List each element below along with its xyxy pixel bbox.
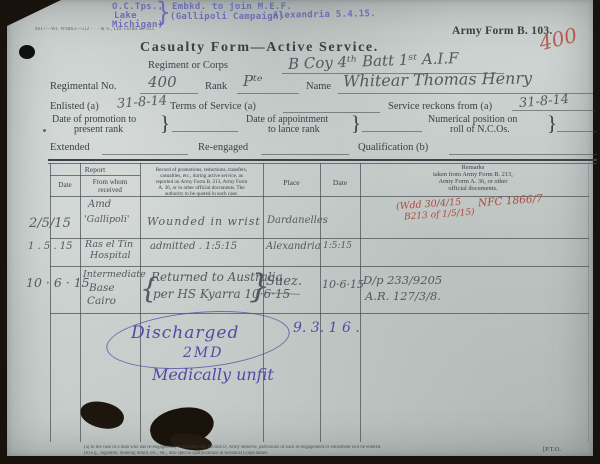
- double-rule-top: [48, 159, 597, 161]
- regimental-no-value: 400: [148, 73, 177, 91]
- row1-date: 2/5/15: [29, 216, 71, 231]
- discharge-reason: Medically unfit: [152, 365, 274, 384]
- discharge-unit: 2MD: [183, 345, 223, 361]
- header-date2: Date: [320, 178, 360, 187]
- header-from-whom-2: received: [80, 186, 140, 194]
- terms-label: Terms of Service (a): [170, 101, 256, 112]
- row1-from-line1: Amd: [88, 199, 111, 210]
- terms-underline: [283, 112, 380, 113]
- table-vline-date2: [360, 163, 361, 442]
- header-place: Place: [263, 178, 320, 187]
- row2-from-line2: Hospital: [90, 250, 131, 261]
- row1-place: Dardanelles: [267, 215, 328, 226]
- row3-date: 10 · 6 · 15: [26, 275, 90, 290]
- qualification-underline: [449, 154, 597, 155]
- regiment-label: Regiment or Corps: [148, 60, 228, 71]
- reengaged-label: Re-engaged: [198, 142, 248, 153]
- row3-remark-line2: A.R. 127/3/8.: [365, 289, 441, 303]
- row1-record: Wounded in wrist: [147, 215, 261, 228]
- report-subdivider: [50, 175, 140, 176]
- table-vline-left: [50, 163, 51, 442]
- promotion-label-2: present rank: [74, 124, 123, 135]
- row3-remark-line1: D/p 233/9205: [363, 273, 442, 287]
- discharge-word: Discharged: [131, 323, 239, 343]
- appointment-underline: [362, 131, 422, 132]
- stamp-gallipoli: (Gallipoli Campaign): [170, 12, 284, 22]
- header-record-line-5: authority to be quoted in each case.: [141, 191, 262, 197]
- table-row3-line: [50, 313, 589, 314]
- regimental-no-label: Regimental No.: [50, 81, 117, 92]
- printers-imprint: 8617—Wt. W4862—512 · · · & S., Ltd. Form…: [35, 27, 155, 32]
- name-value: Whitear Thomas Henry: [343, 68, 532, 90]
- header-report: Report: [50, 165, 140, 174]
- rank-value: Pᵗᵉ: [243, 72, 263, 90]
- row3-from-line3: Cairo: [87, 295, 116, 307]
- pto-label: [P.T.O.: [543, 446, 561, 453]
- row3-from-line2: Base: [89, 282, 115, 294]
- row2-record: admitted . 1:5:15: [150, 241, 237, 252]
- promotion-underline: [172, 131, 238, 132]
- header-remarks-line-3: Army Form A. 36, or other: [360, 178, 586, 185]
- enlisted-label: Enlisted (a): [50, 101, 99, 112]
- row2-from-line1: Ras el Tin: [85, 239, 133, 250]
- stamp-alexandria: Alexandria 5.4.15.: [273, 9, 376, 21]
- header-remarks-line-4: official documents.: [360, 185, 586, 192]
- header-date: Date: [50, 181, 80, 189]
- row2-date2: 1:5:15: [323, 241, 352, 251]
- hole-punch: [19, 45, 35, 59]
- table-vline-right: [588, 163, 589, 442]
- discharge-date: 9. 3. 1 6 .: [293, 320, 360, 336]
- service-reckons-label: Service reckons from (a): [388, 101, 492, 112]
- footnote-a: (a) In the case of a man who has re-enga…: [84, 445, 381, 450]
- ink-dot: [43, 129, 46, 132]
- numerical-brace: }: [547, 111, 557, 136]
- appointment-brace: }: [351, 111, 361, 136]
- appointment-label-2: to lance rank: [268, 124, 320, 135]
- footnote-b: (b) e.g., Signaller, Shoeing Smith, etc.…: [84, 451, 268, 456]
- header-remarks-line-2: taken from Army Form B. 213,: [360, 171, 586, 178]
- rank-underline: [237, 93, 299, 94]
- numerical-label-2: roll of N.C.Os.: [450, 124, 510, 135]
- table-vline-date: [80, 163, 81, 442]
- rank-label: Rank: [205, 81, 227, 92]
- stamp-brace: }: [156, 0, 171, 27]
- name-label: Name: [306, 81, 331, 92]
- header-remarks-line-1: Remarks: [360, 164, 586, 171]
- reengaged-underline: [261, 154, 349, 155]
- row1-from-line2: 'Gallipoli': [84, 214, 129, 225]
- promotion-brace: }: [160, 111, 170, 136]
- row2-place: Alexandria: [266, 241, 321, 252]
- row2-date: 1 . 5 . 15: [28, 241, 73, 252]
- table-row2-line: [50, 266, 589, 267]
- row3-from-line1: Intermediate: [83, 269, 146, 280]
- qualification-label: Qualification (b): [358, 142, 428, 153]
- extended-underline: [102, 154, 188, 155]
- row3-place: Suez.: [266, 274, 302, 289]
- header-from-whom-1: From whom: [80, 178, 140, 186]
- scanned-document-photo: O.C.Tps., Lake Michigan) } Embkd. to joi…: [0, 0, 600, 464]
- numerical-underline: [557, 131, 597, 132]
- row3-date2: 10·6·15: [322, 278, 364, 291]
- table-vline-place: [320, 163, 321, 442]
- extended-label: Extended: [50, 142, 90, 153]
